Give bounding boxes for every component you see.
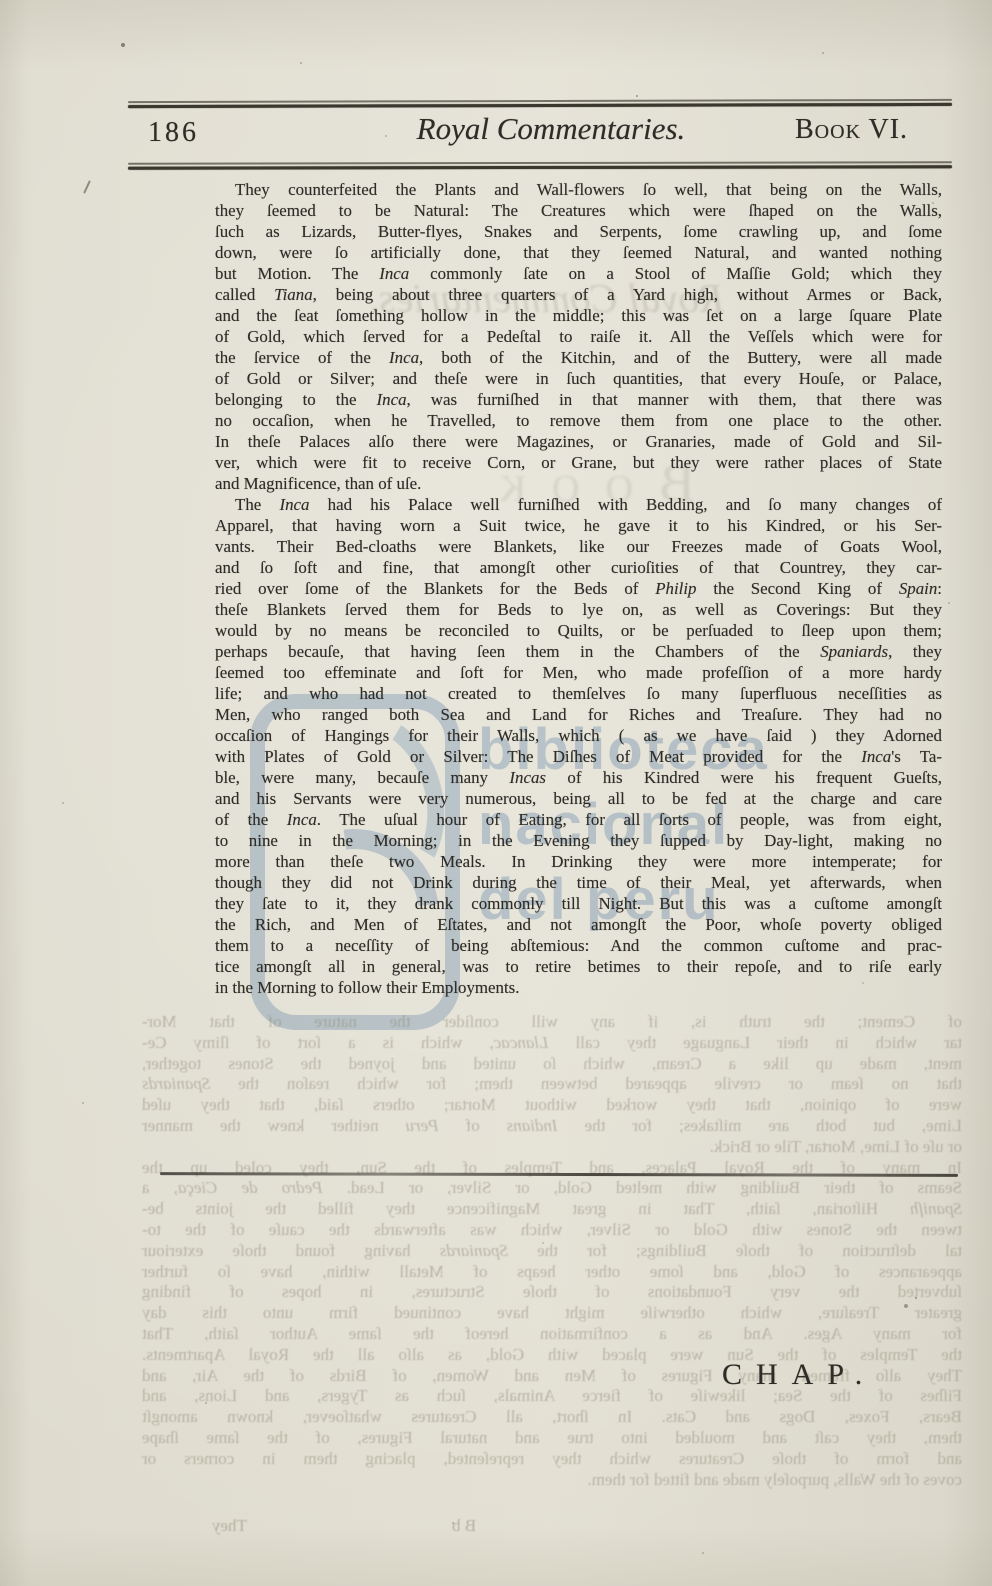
text-line: that no ſeam or crevile appeared between… <box>142 1074 962 1095</box>
paragraph: The Inca had his Palace well furniſhed w… <box>215 494 942 998</box>
text-line: perhaps becauſe, that having ſeen them i… <box>215 641 942 662</box>
text-line: though they did not Drink during the tim… <box>215 872 942 893</box>
text-line: belonging to the Inca, was furniſhed in … <box>215 389 942 410</box>
text-line: tal deſtruction of thoſe Buildings; for … <box>142 1241 962 1262</box>
text-line: vants. Their Bed-cloaths were Blankets, … <box>215 536 942 557</box>
text-line: the ſervice of the Inca, both of the Kit… <box>215 347 942 368</box>
text-line: the Rich, and Men of Eſtates, and not am… <box>215 914 942 935</box>
text-line: of the Inca. The uſual hour of Eating, f… <box>215 809 942 830</box>
text-line: ried over ſome of the Blankets for the B… <box>215 578 942 599</box>
paragraph: They counterfeited the Plants and Wall-f… <box>215 179 942 494</box>
text-line: ſubverted the very Foundations of thoſe … <box>142 1282 962 1303</box>
text-line: were of opinion, that they worked withou… <box>142 1095 962 1116</box>
text-line: They counterfeited the Plants and Wall-f… <box>215 179 942 200</box>
text-line: tice amongſt all in general, was to reti… <box>215 956 942 977</box>
text-line: theſe Blankets ſerved them for Beds to l… <box>215 599 942 620</box>
text-line: greater Treaſure, which otherwiſe might … <box>142 1303 962 1324</box>
text-line: appearances of Gold, and ſome other heap… <box>142 1262 962 1283</box>
text-line: with Plates of Gold or Silver: The Diſhe… <box>215 746 942 767</box>
text-line: and the ſeat ſomething hollow in the mid… <box>215 305 942 326</box>
text-line: and ſo ſoft and fine, that amongſt other… <box>215 557 942 578</box>
text-line: they ſeemed to be Natural: The Creatures… <box>215 200 942 221</box>
margin-mark <box>83 180 91 194</box>
header-rule-bottom <box>128 161 952 171</box>
text-line: ſeemed too effeminate and ſoft for Men, … <box>215 662 942 683</box>
text-line: ment, made up like a Cream, which ſo uni… <box>142 1054 962 1075</box>
text-line: ver, which were fit to receive Corn, or … <box>215 452 942 473</box>
text-line: down, were ſo artificially done, that th… <box>215 242 942 263</box>
text-line: no occaſion, when he Travelled, to remov… <box>215 410 942 431</box>
text-line: of Cement; the truth is, if any will con… <box>142 1012 962 1033</box>
text-line: tar which in their Language they call Ll… <box>142 1033 962 1054</box>
text-line: of Gold or Silver; and theſe were in ſuc… <box>215 368 942 389</box>
text-line: Seams of their Building with melted Gold… <box>142 1178 962 1199</box>
text-line: coves of the Walls, purpoſely made and f… <box>142 1470 962 1491</box>
show-through-signature-mark: B b <box>452 1516 476 1536</box>
text-line: to nine in the Morning; in the Evening t… <box>215 830 942 851</box>
catchword: CHAP. <box>722 1358 876 1392</box>
text-line: and Magnificence, than of uſe. <box>215 473 942 494</box>
text-line: Men, who ranged both Sea and Land for Ri… <box>215 704 942 725</box>
text-line: them, they caſt and moulded into true an… <box>142 1428 962 1449</box>
header-rule-top <box>128 99 952 110</box>
text-line: life; and who had not created to themſel… <box>215 683 942 704</box>
text-line: called Tiana, being about three quarters… <box>215 284 942 305</box>
text-line: In theſe Palaces alſo there were Magazin… <box>215 431 942 452</box>
text-line: Spaniſh Hiſtorian, ſaith, That in great … <box>142 1199 962 1220</box>
text-line: Lime, but both are miſtakes; for the Ind… <box>142 1116 962 1137</box>
text-line: would by no means be reconciled to Quilt… <box>215 620 942 641</box>
text-line: they ſate to it, they drank commonly til… <box>215 893 942 914</box>
text-line: Bears, Foxes, Dogs and Cats. In ſhort, a… <box>142 1407 962 1428</box>
text-line: of Gold, which ſerved for a Pedeſtal to … <box>215 326 942 347</box>
text-line: or uſe of Lime, Mortar, Tile or Brick. <box>142 1137 962 1158</box>
text-line: for many Ages. And as a confirmation her… <box>142 1324 962 1345</box>
text-line: ble, were many, becauſe many Incas of hi… <box>215 767 942 788</box>
text-line: in the Morning to follow their Employmen… <box>215 977 942 998</box>
text-line: but Motion. The Inca commonly ſate on a … <box>215 263 942 284</box>
book-page-scan: biblioteca nacional del peru Royal Comme… <box>0 0 992 1586</box>
text-line: ſuch as Lizards, Butter-flyes, Snakes an… <box>215 221 942 242</box>
text-line: tween the Stones with Gold or Silver, wh… <box>142 1220 962 1241</box>
body-text: They counterfeited the Plants and Wall-f… <box>215 179 942 998</box>
paper-specks <box>0 0 2 2</box>
text-line: them to a neceſſity of being abſtemious:… <box>215 935 942 956</box>
text-line: occaſion of Hangings for their Walls, wh… <box>215 725 942 746</box>
book-label: Book VI. <box>795 114 908 146</box>
show-through-catchword: They <box>212 1516 247 1536</box>
text-line: The Inca had his Palace well furniſhed w… <box>215 494 942 515</box>
text-line: more than theſe two Meals. In Drinking t… <box>215 851 942 872</box>
text-line: Apparel, that having worn a Suit twice, … <box>215 515 942 536</box>
text-line: and his Servants were very numerous, bei… <box>215 788 942 809</box>
show-through-text: of Cement; the truth is, if any will con… <box>142 1012 962 1490</box>
text-line: and form of thoſe Creatures which they r… <box>142 1449 962 1470</box>
